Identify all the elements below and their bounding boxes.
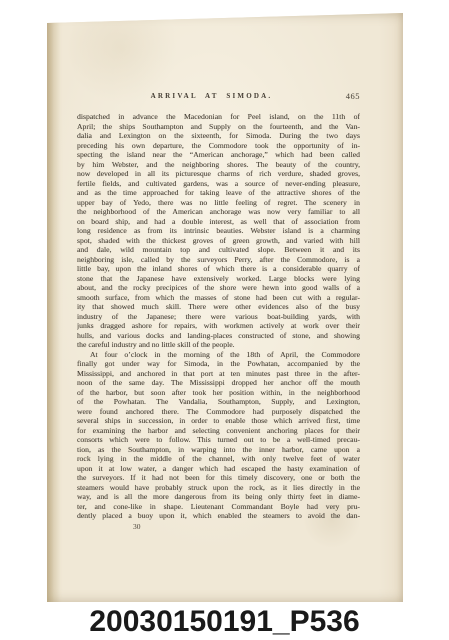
page-number: 465 (346, 91, 360, 101)
body-text-line: ity that showed much skill. There were o… (77, 302, 360, 312)
body-text-line: now developed in all its picturesque cha… (77, 169, 360, 179)
body-text-line: smooth surface, from which the masses of… (77, 293, 360, 303)
body-text-line: the careful industry and no little skill… (77, 340, 360, 350)
body-text-line: of the harbor, but soon after took her p… (77, 388, 360, 398)
catalog-label-strip: 20030150191_P536 (0, 602, 449, 640)
body-text-line: little bay, upon the inland shores of wh… (77, 264, 360, 274)
signature-mark: 30 (133, 522, 141, 531)
running-head: ARRIVAL AT SIMODA. 465 (77, 92, 360, 103)
book-page: ARRIVAL AT SIMODA. 465 dispatched in adv… (47, 13, 403, 602)
body-text-line: dently placed a buoy upon it, which enab… (77, 511, 360, 521)
body-text-line: several ships in succession, in order to… (77, 416, 360, 426)
body-text-line: on board ship, and had a double interest… (77, 217, 360, 227)
body-text-line: Mississippi, and anchored in that port a… (77, 369, 360, 379)
body-text-line: junks dragged ashore for repairs, with w… (77, 321, 360, 331)
body-text-line: preceding his own departure, the Commodo… (77, 141, 360, 151)
body-text-line: noon of the same day. The Mississippi dr… (77, 378, 360, 388)
body-text-line: rock lying in the middle of the channel,… (77, 454, 360, 464)
body-text-line: spot, shaded with the thickest groves of… (77, 236, 360, 246)
body-text-line: and as the time approached for taking le… (77, 188, 360, 198)
body-text-line: dalia and Lexington on the sixteenth, fo… (77, 131, 360, 141)
body-text-line: stone that the Japanese have extensively… (77, 274, 360, 284)
body-text-line: dispatched in advance the Macedonian for… (77, 112, 360, 122)
body-text-line: hulls, and various docks and landing-pla… (77, 331, 360, 341)
scanned-book-photo: ARRIVAL AT SIMODA. 465 dispatched in adv… (0, 0, 449, 640)
body-text-line: consorts which were to follow. This turn… (77, 435, 360, 445)
body-text: dispatched in advance the Macedonian for… (77, 112, 360, 521)
body-text-line: specting the island near the “American a… (77, 150, 360, 160)
body-text-line: tion, as the Southampton, in warping int… (77, 445, 360, 455)
body-text-line: about, and the rocky precipices of the s… (77, 283, 360, 293)
body-text-line: the surveyors. If it had not been for th… (77, 473, 360, 483)
body-text-line: way, and is all the more dangerous from … (77, 492, 360, 502)
body-text-line: upon it at low water, a danger which had… (77, 464, 360, 474)
body-text-line: long residence as from its intrinsic bea… (77, 226, 360, 236)
body-text-line: April; the ships Southampton and Supply … (77, 122, 360, 132)
running-head-title: ARRIVAL AT SIMODA. (70, 92, 353, 100)
body-text-line: of the Powhatan. The Vandalia, Southampt… (77, 397, 360, 407)
catalog-number-label: 20030150191_P536 (89, 606, 359, 638)
body-text-line: steamers would have probably struck upon… (77, 483, 360, 493)
body-text-line: industry of the Japanese; there were var… (77, 312, 360, 322)
body-text-line: the neighborhood of the American anchora… (77, 207, 360, 217)
body-text-line: ter, and cone-like in shape. Lieutenant … (77, 502, 360, 512)
body-text-line: and dale, wild mountain top and cultivat… (77, 245, 360, 255)
body-text-line: At four o’clock in the morning of the 18… (77, 350, 360, 360)
body-text-line: by him Webster, and the neighboring shor… (77, 160, 360, 170)
body-text-line: neighboring isle, called by the surveyor… (77, 255, 360, 265)
body-text-line: upper bay of Yedo, there was no little f… (77, 198, 360, 208)
page-left-edge-shadow (47, 13, 60, 602)
body-text-line: finally got under way for Simoda, in the… (77, 359, 360, 369)
body-text-line: were found anchored there. The Commodore… (77, 407, 360, 417)
body-text-line: for examining the harbor and selecting c… (77, 426, 360, 436)
body-text-line: fertile fields, and cultivated gardens, … (77, 179, 360, 189)
